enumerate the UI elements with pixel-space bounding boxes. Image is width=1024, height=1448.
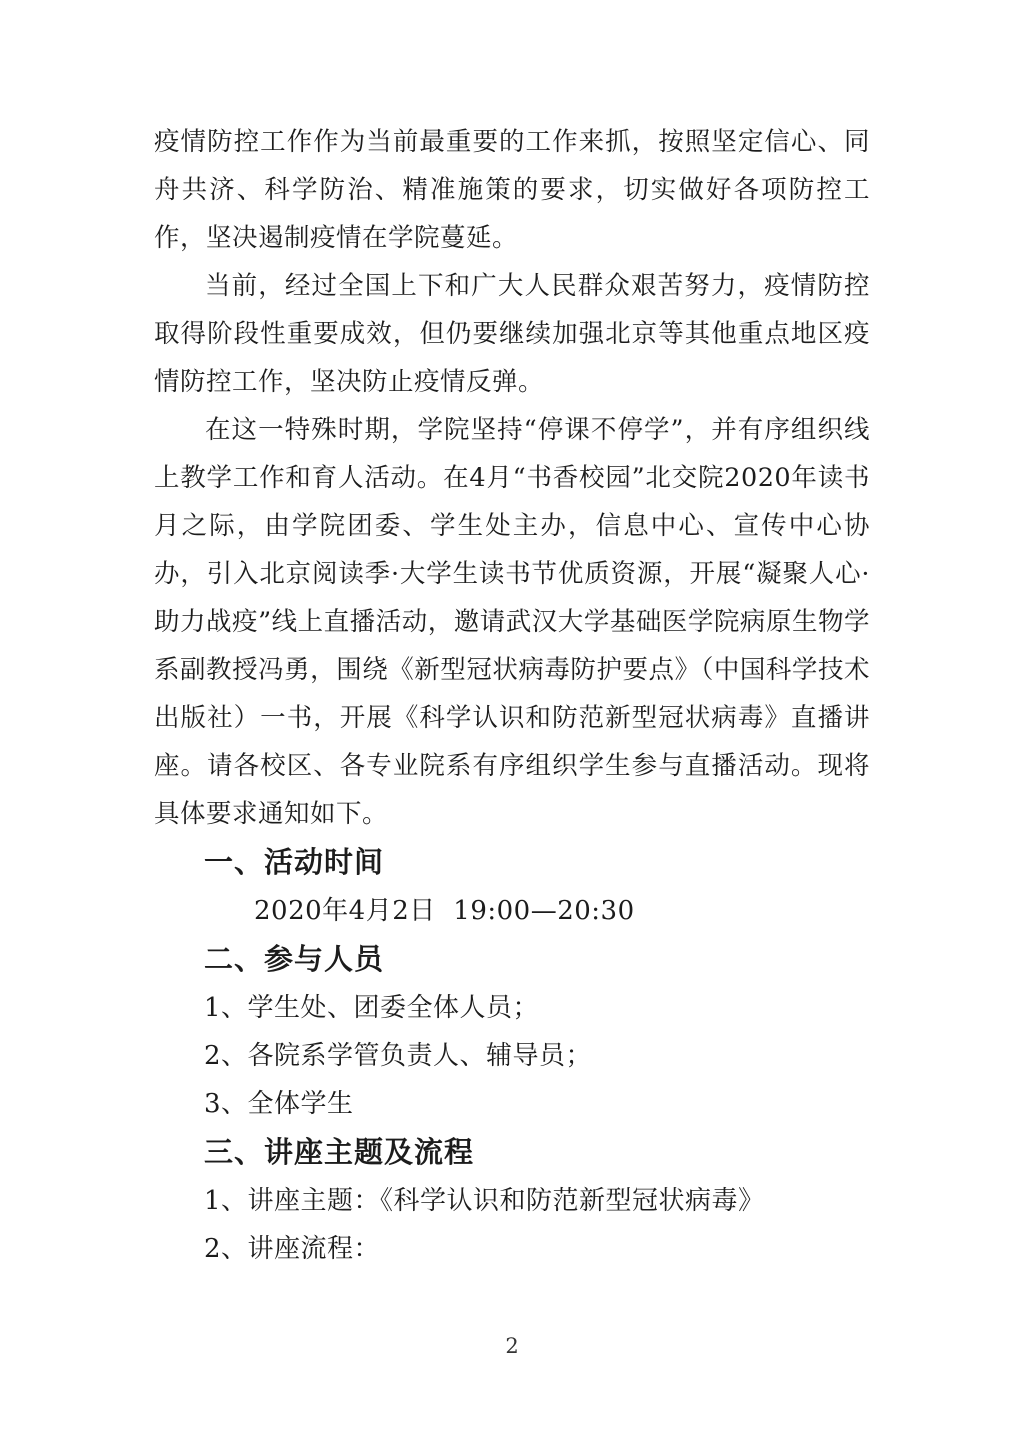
document-content: 疫情防控工作作为当前最重要的工作来抓，按照坚定信心、同舟共济、科学防治、精准施策… [154, 118, 870, 1273]
participants-item-2: 2、各院系学管负责人、辅导员； [154, 1032, 870, 1080]
lecture-process-item: 2、讲座流程： [154, 1225, 870, 1273]
section-heading-activity-time: 一、活动时间 [154, 838, 870, 887]
document-page: 疫情防控工作作为当前最重要的工作来抓，按照坚定信心、同舟共济、科学防治、精准施策… [0, 0, 1024, 1448]
participants-item-3: 3、全体学生 [154, 1080, 870, 1128]
activity-time-value: 2020年4月2日 19:00—20:30 [154, 887, 870, 935]
section-heading-lecture-topic: 三、讲座主题及流程 [154, 1128, 870, 1177]
body-paragraph-current-situation: 当前，经过全国上下和广大人民群众艰苦努力，疫情防控取得阶段性重要成效，但仍要继续… [154, 262, 870, 406]
body-paragraph-lecture-intro: 在这一特殊时期，学院坚持“停课不停学”，并有序组织线上教学工作和育人活动。在4月… [154, 406, 870, 838]
participants-item-1: 1、学生处、团委全体人员； [154, 984, 870, 1032]
section-heading-participants: 二、参与人员 [154, 935, 870, 984]
lecture-topic-item: 1、讲座主题：《科学认识和防范新型冠状病毒》 [154, 1177, 870, 1225]
page-number: 2 [0, 1334, 1024, 1358]
body-paragraph-continuation: 疫情防控工作作为当前最重要的工作来抓，按照坚定信心、同舟共济、科学防治、精准施策… [154, 118, 870, 262]
